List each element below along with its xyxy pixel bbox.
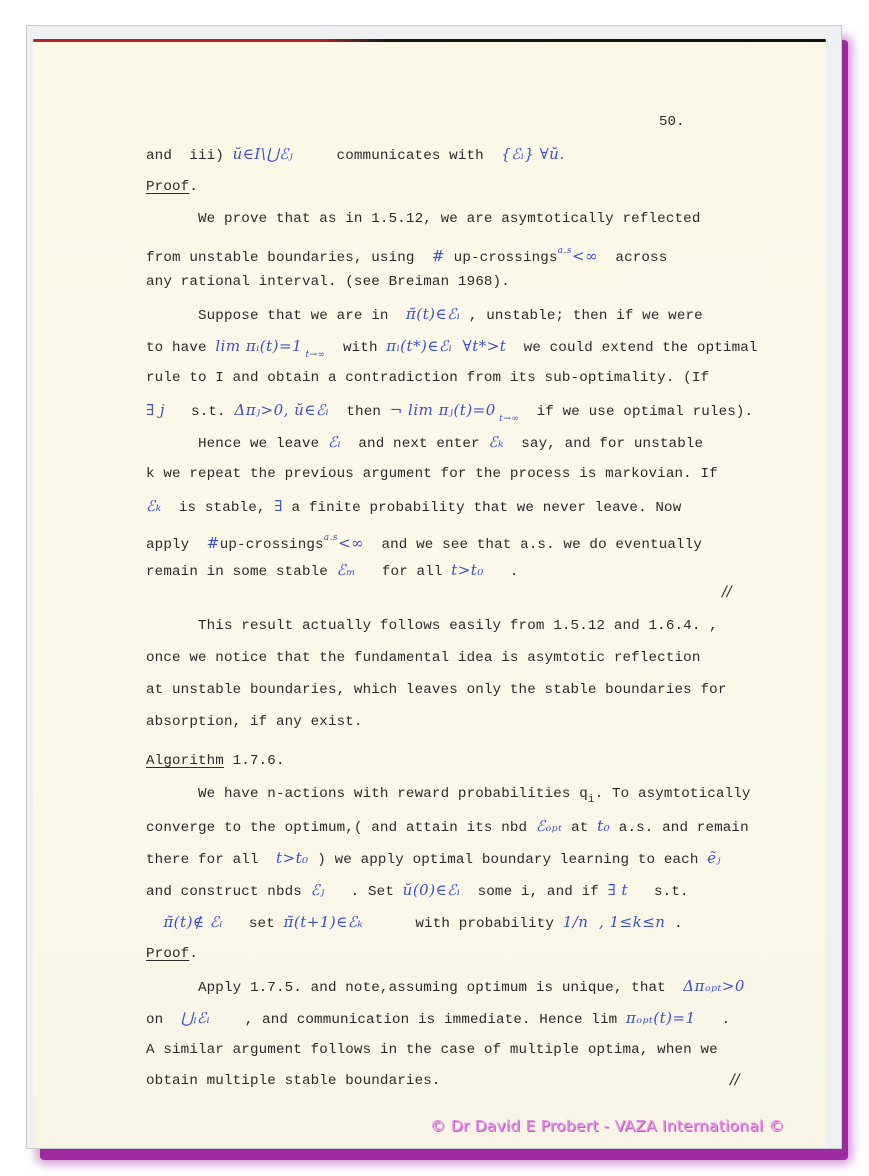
underlined-heading: Proof xyxy=(146,946,189,962)
typed-text: there for all xyxy=(146,852,276,868)
typed-subscript: i xyxy=(588,794,595,806)
text-line: Hence we leave ℰᵢ and next enter ℰₖ say,… xyxy=(146,433,703,453)
text-line: A similar argument follows in the case o… xyxy=(146,1041,718,1059)
text-line: at unstable boundaries, which leaves onl… xyxy=(146,681,726,699)
handwritten-math-annotation: t>t₀ xyxy=(276,849,309,867)
typed-text: Apply 1.7.5. and note,assuming optimum i… xyxy=(146,980,683,996)
typed-text: up-crossings xyxy=(445,250,558,266)
handwritten-math-annotation: ℰₖ xyxy=(146,497,162,515)
typed-text: from unstable boundaries, using xyxy=(146,250,432,266)
underlined-heading: Algorithm xyxy=(146,753,224,769)
typed-text: say, and for unstable xyxy=(504,436,703,452)
text-line: from unstable boundaries, using # up-cro… xyxy=(146,242,667,267)
typed-text: set xyxy=(223,916,284,932)
typed-text: some i, and if xyxy=(460,884,607,900)
text-line: We prove that as in 1.5.12, we are asymt… xyxy=(146,210,701,228)
text-line: any rational interval. (see Breiman 1968… xyxy=(146,273,510,291)
text-line: This result actually follows easily from… xyxy=(146,617,718,635)
typed-text: ) we apply optimal boundary learning to … xyxy=(309,852,708,868)
typed-text: and next enter xyxy=(341,436,488,452)
typed-text: is stable, xyxy=(162,500,275,516)
handwritten-math-annotation: ŭ∈I\⋃ℰⱼ xyxy=(233,145,294,163)
handwritten-math-annotation: π̃(t)∉ ℰᵢ xyxy=(163,913,223,931)
heading-suffix: . xyxy=(189,179,198,195)
typed-text: . To asymtotically xyxy=(595,786,751,802)
text-line: Suppose that we are in π̃(t)∈ℰᵢ , unstab… xyxy=(146,305,703,325)
typed-text: if we use optimal rules). xyxy=(519,404,753,420)
handwritten-math-annotation: Δπⱼ>0, ŭ∈ℰᵢ xyxy=(234,401,329,419)
handwritten-subscript: t→∞ xyxy=(496,414,520,424)
typed-text: s.t. xyxy=(628,884,689,900)
typed-text: remain in some stable xyxy=(146,564,337,580)
typed-text xyxy=(146,916,163,932)
end-of-proof-mark: // xyxy=(730,1072,739,1088)
section-heading: Proof. xyxy=(146,178,198,196)
typed-text: We have n-actions with reward probabilit… xyxy=(146,786,588,802)
handwritten-math-annotation: ŭ(0)∈ℰᵢ xyxy=(403,881,461,899)
handwritten-math-annotation: π̃(t)∈ℰᵢ xyxy=(406,305,460,323)
handwritten-superscript: a.s xyxy=(324,533,338,543)
handwritten-math-annotation: t₀ xyxy=(597,817,610,835)
text-line: We have n-actions with reward probabilit… xyxy=(146,785,751,809)
text-line: on ⋃ᵢℰᵢ , and communication is immediate… xyxy=(146,1009,730,1029)
typed-text: Hence we leave xyxy=(146,436,328,452)
typed-text: at unstable boundaries, which leaves onl… xyxy=(146,682,726,698)
typed-text: to have xyxy=(146,340,215,356)
handwritten-math-annotation: ℰᵢ xyxy=(328,433,341,451)
typed-text: . xyxy=(696,1012,731,1028)
typed-text: s.t. xyxy=(165,404,234,420)
text-line: rule to I and obtain a contradiction fro… xyxy=(146,369,709,387)
typed-text: converge to the optimum,( and attain its… xyxy=(146,820,536,836)
text-line: once we notice that the fundamental idea… xyxy=(146,649,701,667)
typed-text: We prove that as in 1.5.12, we are asymt… xyxy=(146,211,701,227)
text-line: Apply 1.7.5. and note,assuming optimum i… xyxy=(146,977,745,997)
typed-text: Suppose that we are in xyxy=(146,308,406,324)
handwritten-math-annotation: # xyxy=(432,247,445,265)
typed-text: across xyxy=(598,250,667,266)
text-line: to have lim πᵢ(t)=1 t→∞ with πᵢ(t*)∈ℰᵢ ∀… xyxy=(146,337,758,364)
text-line: remain in some stable ℰₘ for all t>t₀ . xyxy=(146,561,519,581)
typed-text: . xyxy=(665,916,682,932)
section-heading: Proof. xyxy=(146,945,198,963)
typed-text: then xyxy=(329,404,390,420)
typed-text: a finite probability that we never leave… xyxy=(283,500,682,516)
typed-text: , and communication is immediate. Hence … xyxy=(210,1012,626,1028)
typed-text: with probability xyxy=(363,916,562,932)
handwritten-math-annotation: ℰₒₚₜ xyxy=(536,817,563,835)
handwritten-math-annotation: ℰₖ xyxy=(488,433,504,451)
typed-text: , unstable; then if we were xyxy=(460,308,703,324)
handwritten-math-annotation: lim πᵢ(t)=1 t→∞ xyxy=(215,337,325,355)
typed-text: This result actually follows easily from… xyxy=(146,618,718,634)
typed-text: and we see that a.s. we do eventually xyxy=(364,537,702,553)
typed-text: up-crossings xyxy=(220,537,324,553)
typed-text: any rational interval. (see Breiman 1968… xyxy=(146,274,510,290)
end-of-proof-mark: // xyxy=(722,584,731,600)
typed-text: and construct nbds xyxy=(146,884,311,900)
paper-top-edge xyxy=(33,39,826,42)
typed-text: apply xyxy=(146,537,207,553)
typed-text: k we repeat the previous argument for th… xyxy=(146,466,718,482)
handwritten-math-annotation: ¬ lim πⱼ(t)=0 t→∞ xyxy=(390,401,520,419)
text-line: absorption, if any exist. xyxy=(146,713,363,731)
copyright-watermark: © Dr David E Probert - VAZA Internationa… xyxy=(430,1117,784,1135)
handwritten-superscript: a.s xyxy=(558,246,572,256)
typed-text: rule to I and obtain a contradiction fro… xyxy=(146,370,709,386)
text-line: ℰₖ is stable, ∃ a finite probability tha… xyxy=(146,497,681,517)
handwritten-math-annotation: ⋃ᵢℰᵢ xyxy=(181,1009,210,1027)
heading-suffix: . xyxy=(189,946,198,962)
handwritten-math-annotation: # xyxy=(207,534,220,552)
handwritten-math-annotation: a.s<∞ xyxy=(324,534,364,552)
typed-text: absorption, if any exist. xyxy=(146,714,363,730)
text-line: and construct nbds ℰⱼ . Set ŭ(0)∈ℰᵢ some… xyxy=(146,881,689,901)
handwritten-math-annotation: Δπₒₚₜ>0 xyxy=(683,977,745,995)
handwritten-math-annotation: πₒₚₜ(t)=1 xyxy=(626,1009,696,1027)
text-line: ∃ j s.t. Δπⱼ>0, ŭ∈ℰᵢ then ¬ lim πⱼ(t)=0 … xyxy=(146,401,753,428)
typed-text: for all xyxy=(356,564,451,580)
text-line: apply #up-crossingsa.s<∞ and we see that… xyxy=(146,529,702,554)
handwritten-math-annotation: ∃ j xyxy=(146,401,165,419)
page-number: 50. xyxy=(659,114,685,130)
typed-text: A similar argument follows in the case o… xyxy=(146,1042,718,1058)
text-line: π̃(t)∉ ℰᵢ set π̃(t+1)∈ℰₖ with probabilit… xyxy=(146,913,683,933)
typed-text: communicates with xyxy=(293,148,501,164)
typed-text: a.s. and remain xyxy=(610,820,749,836)
typed-text: with xyxy=(326,340,387,356)
text-line: converge to the optimum,( and attain its… xyxy=(146,817,749,837)
text-line: there for all t>t₀ ) we apply optimal bo… xyxy=(146,849,721,869)
typed-text: and iii) xyxy=(146,148,233,164)
handwritten-math-annotation: t>t₀ xyxy=(451,561,484,579)
typed-text: we could extend the optimal xyxy=(506,340,757,356)
text-line: and iii) ŭ∈I\⋃ℰⱼ communicates with {ℰᵢ} … xyxy=(146,145,565,165)
handwritten-math-annotation: πᵢ(t*)∈ℰᵢ ∀t*>t xyxy=(386,337,506,355)
underlined-heading: Proof xyxy=(146,179,189,195)
handwritten-math-annotation: {ℰᵢ} ∀ŭ. xyxy=(501,145,564,163)
heading-suffix: 1.7.6. xyxy=(224,753,285,769)
text-line: obtain multiple stable boundaries. xyxy=(146,1072,441,1090)
handwritten-math-annotation: ℰₘ xyxy=(337,561,356,579)
handwritten-math-annotation: ∃ xyxy=(274,497,283,515)
section-heading: Algorithm 1.7.6. xyxy=(146,752,285,770)
handwritten-math-annotation: a.s<∞ xyxy=(558,247,598,265)
handwritten-math-annotation: ẽⱼ xyxy=(707,849,721,867)
typed-text: obtain multiple stable boundaries. xyxy=(146,1073,441,1089)
handwritten-math-annotation: ℰⱼ xyxy=(311,881,325,899)
typed-text: at xyxy=(562,820,597,836)
handwritten-math-annotation: ∃ t xyxy=(608,881,628,899)
handwritten-subscript: t→∞ xyxy=(302,350,326,360)
typed-text: on xyxy=(146,1012,181,1028)
typed-text: . Set xyxy=(325,884,403,900)
text-line: k we repeat the previous argument for th… xyxy=(146,465,718,483)
typed-text: once we notice that the fundamental idea… xyxy=(146,650,701,666)
typed-text: . xyxy=(484,564,519,580)
handwritten-math-annotation: 1/n , 1≤k≤n xyxy=(563,913,666,931)
handwritten-math-annotation: π̃(t+1)∈ℰₖ xyxy=(284,913,364,931)
